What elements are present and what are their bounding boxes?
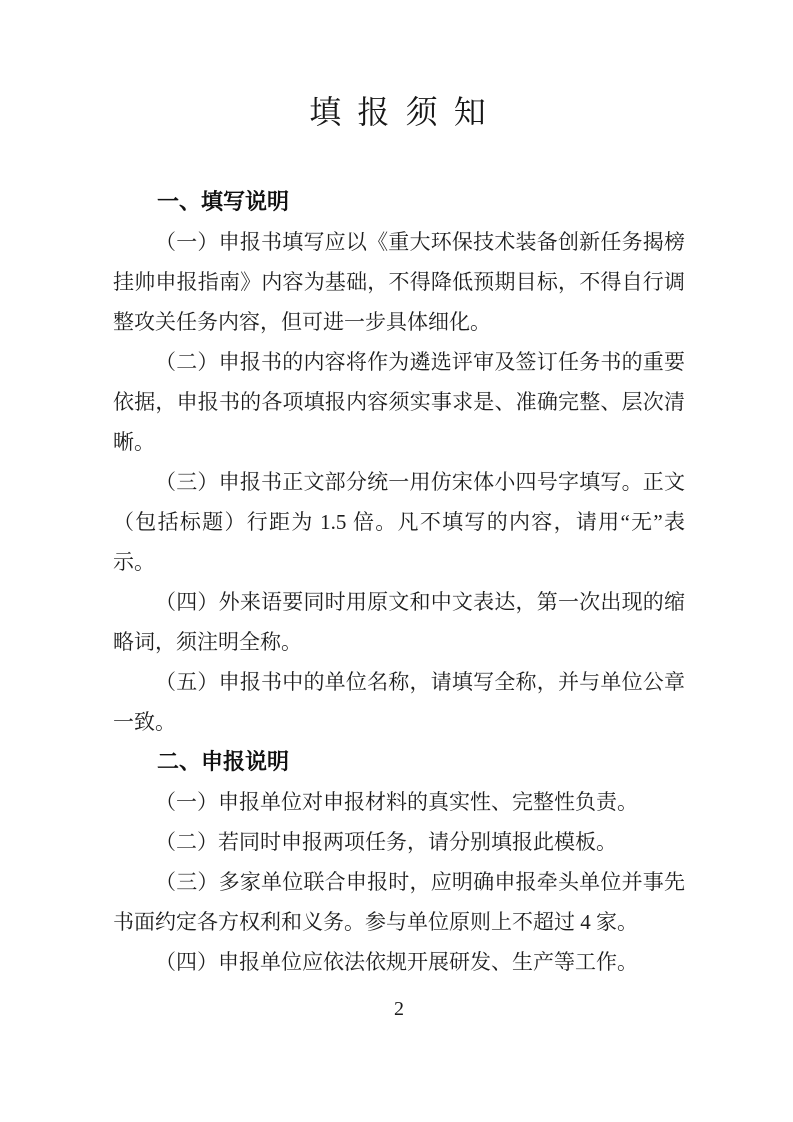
paragraph: （一）申报单位对申报材料的真实性、完整性负责。: [113, 782, 685, 822]
paragraph: （二）申报书的内容将作为遴选评审及签订任务书的重要依据，申报书的各项填报内容须实…: [113, 342, 685, 462]
section-filling-instructions: 一、填写说明 （一）申报书填写应以《重大环保技术装备创新任务揭榜挂帅申报指南》内…: [113, 182, 685, 742]
document-body: 一、填写说明 （一）申报书填写应以《重大环保技术装备创新任务揭榜挂帅申报指南》内…: [113, 182, 685, 982]
document-title: 填 报 须 知: [113, 92, 685, 132]
section-heading: 二、申报说明: [113, 742, 685, 782]
section-heading: 一、填写说明: [113, 182, 685, 222]
paragraph: （三）申报书正文部分统一用仿宋体小四号字填写。正文（包括标题）行距为 1.5 倍…: [113, 462, 685, 582]
paragraph: （二）若同时申报两项任务，请分别填报此模板。: [113, 822, 685, 862]
paragraph: （五）申报书中的单位名称，请填写全称，并与单位公章一致。: [113, 662, 685, 742]
paragraph: （三）多家单位联合申报时，应明确申报牵头单位并事先书面约定各方权利和义务。参与单…: [113, 862, 685, 942]
paragraph: （四）外来语要同时用原文和中文表达，第一次出现的缩略词，须注明全称。: [113, 582, 685, 662]
section-application-instructions: 二、申报说明 （一）申报单位对申报材料的真实性、完整性负责。 （二）若同时申报两…: [113, 742, 685, 982]
paragraph: （一）申报书填写应以《重大环保技术装备创新任务揭榜挂帅申报指南》内容为基础，不得…: [113, 222, 685, 342]
paragraph: （四）申报单位应依法依规开展研发、生产等工作。: [113, 942, 685, 982]
page-number: 2: [113, 994, 685, 1024]
document-page: 填 报 须 知 一、填写说明 （一）申报书填写应以《重大环保技术装备创新任务揭榜…: [0, 0, 793, 1122]
